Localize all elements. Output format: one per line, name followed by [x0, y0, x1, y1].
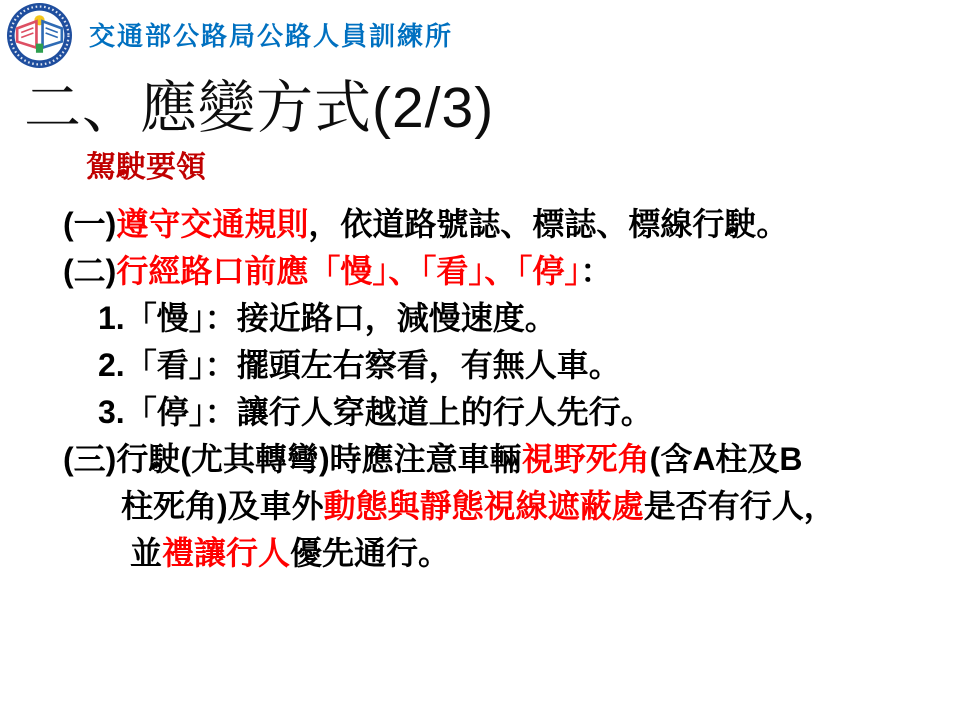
text-line: 2.「看」：擺頭左右察看，有無人車。	[63, 342, 943, 389]
text-segment: 視野死角	[522, 441, 650, 477]
text-segment: 3.「停」：讓行人穿越道上的行人先行。	[98, 394, 653, 430]
text-segment: ，依道路號誌、標誌、標線行駛。	[308, 206, 788, 242]
text-line: 並禮讓行人優先通行。	[63, 530, 943, 577]
slide-title: 二、應變方式(2/3)	[24, 62, 494, 144]
slide-body: 駕駛要領 (一)遵守交通規則，依道路號誌、標誌、標線行駛。(二)行經路口前應「慢…	[63, 146, 943, 577]
section-heading: 駕駛要領	[63, 146, 943, 201]
text-segment: ：	[580, 253, 612, 289]
text-segment: 1.「慢」：接近路口，減慢速度。	[98, 300, 557, 336]
text-line: 1.「慢」：接近路口，減慢速度。	[63, 295, 943, 342]
text-line: (三)行駛(尤其轉彎)時應注意車輛視野死角(含A柱及B	[63, 436, 943, 483]
text-segment: 動態與靜態視線遮蔽處	[324, 488, 644, 524]
content-lines: (一)遵守交通規則，依道路號誌、標誌、標線行駛。(二)行經路口前應「慢」、「看」…	[63, 201, 943, 577]
text-segment: 2.「看」：擺頭左右察看，有無人車。	[98, 347, 621, 383]
institute-logo-icon	[7, 3, 72, 68]
text-segment: 禮讓行人	[162, 535, 290, 571]
text-segment: 柱死角)及車外	[121, 488, 324, 524]
text-segment: (二)	[63, 253, 116, 289]
text-segment: 遵守交通規則	[116, 206, 308, 242]
text-segment: 行經路口前應「慢」、「看」、「停」	[116, 253, 580, 289]
slide: 交通部公路局公路人員訓練所 二、應變方式(2/3) 駕駛要領 (一)遵守交通規則…	[0, 0, 960, 720]
text-segment: (一)	[63, 206, 116, 242]
text-line: (二)行經路口前應「慢」、「看」、「停」：	[63, 248, 943, 295]
text-segment: (含A柱及B	[650, 441, 803, 477]
text-line: 3.「停」：讓行人穿越道上的行人先行。	[63, 389, 943, 436]
text-segment: 是否有行人，	[644, 488, 836, 524]
org-name: 交通部公路局公路人員訓練所	[89, 16, 453, 53]
text-line: 柱死角)及車外動態與靜態視線遮蔽處是否有行人，	[63, 483, 943, 530]
text-segment: 並	[130, 535, 162, 571]
text-segment: 優先通行。	[290, 535, 450, 571]
text-line: (一)遵守交通規則，依道路號誌、標誌、標線行駛。	[63, 201, 943, 248]
text-segment: (三)行駛(尤其轉彎)時應注意車輛	[63, 441, 522, 477]
